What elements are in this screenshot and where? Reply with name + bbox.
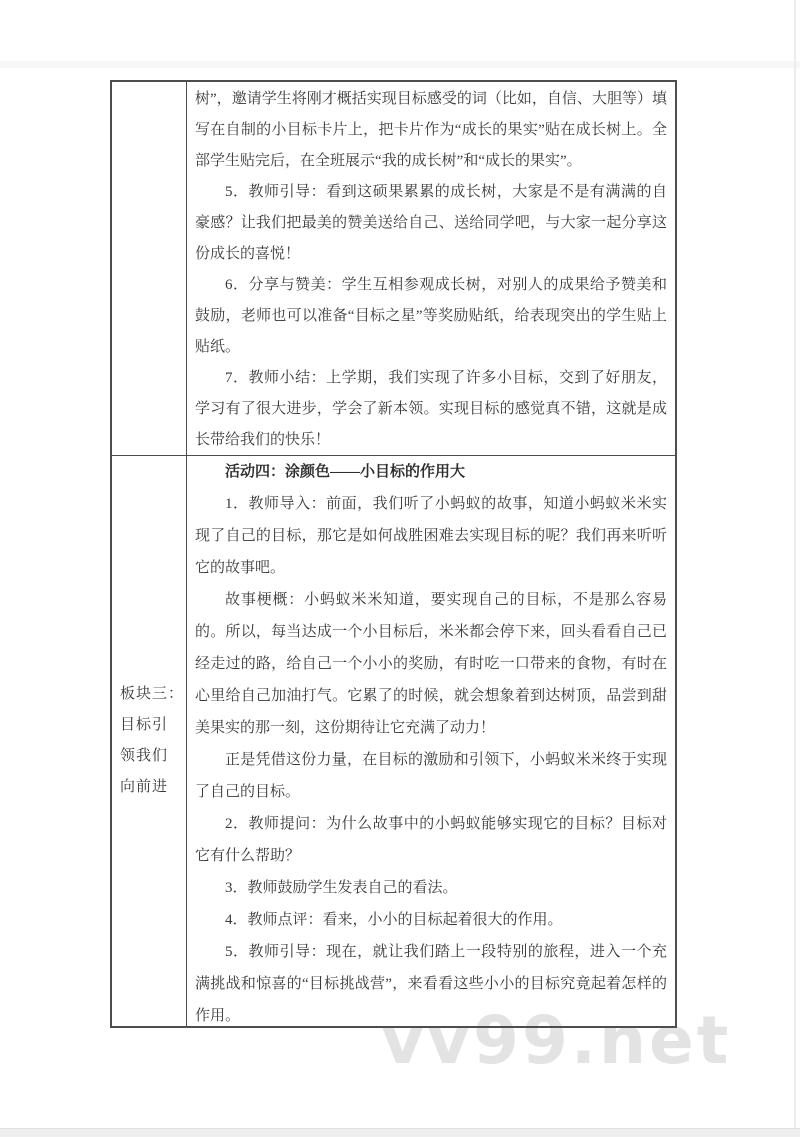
section-label-line: 向前进	[120, 772, 186, 803]
page-bottom-shade	[0, 1128, 800, 1137]
paragraph: 2．教师提问：为什么故事中的小蚂蚁能够实现它的目标？目标对它有什么帮助？	[195, 808, 667, 872]
paragraph: 5．教师引导：看到这硕果累累的成长树，大家是不是有满满的自豪感？让我们把最美的赞…	[195, 177, 667, 270]
page-top-shade	[0, 61, 800, 68]
paragraph: 1．教师导入：前面，我们听了小蚂蚁的故事，知道小蚂蚁米米实现了自己的目标，那它是…	[195, 488, 667, 584]
table-row: 树”，邀请学生将刚才概括实现目标感受的词（比如，自信、大胆等）填写在自制的小目标…	[112, 82, 675, 455]
lesson-plan-table: 树”，邀请学生将刚才概括实现目标感受的词（比如，自信、大胆等）填写在自制的小目标…	[110, 80, 677, 1028]
paragraph: 3．教师鼓励学生发表自己的看法。	[195, 872, 667, 904]
activity-title: 活动四：涂颜色——小目标的作用大	[195, 456, 667, 488]
table-row: 板块三： 目标引 领我们 向前进 活动四：涂颜色——小目标的作用大 1．教师导入…	[112, 455, 675, 1026]
paragraph: 7．教师小结：上学期，我们实现了许多小目标，交到了好朋友，学习有了很大进步，学会…	[195, 363, 667, 455]
section-label-cell-empty	[112, 82, 187, 455]
section-label-line: 领我们	[120, 741, 186, 772]
section-label-cell: 板块三： 目标引 领我们 向前进	[112, 456, 187, 1026]
paragraph: 正是凭借这份力量，在目标的激励和引领下，小蚂蚁米米终于实现了自己的目标。	[195, 744, 667, 808]
paragraph: 4．教师点评：看来，小小的目标起着很大的作用。	[195, 904, 667, 936]
section-label-line: 目标引	[120, 710, 186, 741]
section-label-line: 板块三：	[120, 679, 186, 710]
paragraph: 树”，邀请学生将刚才概括实现目标感受的词（比如，自信、大胆等）填写在自制的小目标…	[195, 84, 667, 177]
paragraph: 6．分享与赞美：学生互相参观成长树，对别人的成果给予赞美和鼓励，老师也可以准备“…	[195, 270, 667, 363]
page-right-edge	[794, 0, 796, 1128]
document-page: vv99.net 树”，邀请学生将刚才概括实现目标感受的词（比如，自信、大胆等）…	[0, 0, 800, 1137]
paragraph: 故事梗概：小蚂蚁米米知道，要实现自己的目标，不是那么容易的。所以，每当达成一个小…	[195, 584, 667, 744]
row1-content-cell: 树”，邀请学生将刚才概括实现目标感受的词（比如，自信、大胆等）填写在自制的小目标…	[187, 82, 675, 455]
row2-content-cell: 活动四：涂颜色——小目标的作用大 1．教师导入：前面，我们听了小蚂蚁的故事，知道…	[187, 456, 675, 1026]
paragraph: 5．教师引导：现在，就让我们踏上一段特别的旅程，进入一个充满挑战和惊喜的“目标挑…	[195, 936, 667, 1026]
